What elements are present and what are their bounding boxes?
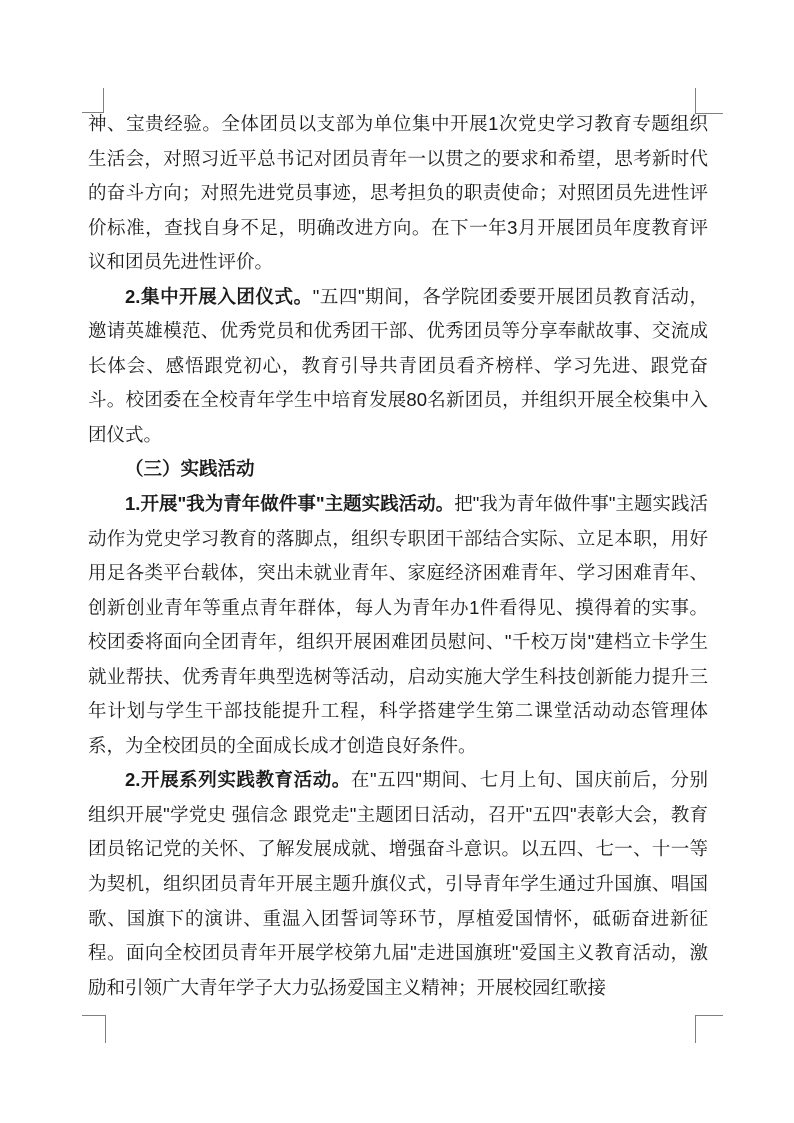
section-heading: （三）实践活动 <box>88 452 708 487</box>
paragraph-lead-text: 2.开展系列实践教育活动。 <box>125 769 351 790</box>
paragraph-text: 神、宝贵经验。全体团员以支部为单位集中开展1次党史学习教育专题组织生活会，对照习… <box>88 113 708 272</box>
paragraph: 神、宝贵经验。全体团员以支部为单位集中开展1次党史学习教育专题组织生活会，对照习… <box>88 107 708 280</box>
paragraph: 1.开展"我为青年做件事"主题实践活动。把"我为青年做件事"主题实践活动作为党史… <box>88 487 708 763</box>
paragraph-text: 把"我为青年做件事"主题实践活动作为党史学习教育的落脚点，组织专职团干部结合实际… <box>88 493 708 756</box>
paragraph-lead-text: （三）实践活动 <box>125 458 255 479</box>
paragraph-lead-text: 2.集中开展入团仪式。 <box>125 286 313 307</box>
paragraph-lead-text: 1.开展"我为青年做件事"主题实践活动。 <box>125 493 454 514</box>
document-page: 神、宝贵经验。全体团员以支部为单位集中开展1次党史学习教育专题组织生活会，对照习… <box>0 0 794 1123</box>
paragraph: 2.集中开展入团仪式。"五四"期间，各学院团委要开展团员教育活动，邀请英雄模范、… <box>88 280 708 453</box>
paragraph-text: "五四"期间，各学院团委要开展团员教育活动，邀请英雄模范、优秀党员和优秀团干部、… <box>88 286 708 445</box>
paragraph: 2.开展系列实践教育活动。在"五四"期间、七月上旬、国庆前后，分别组织开展"学党… <box>88 763 708 1005</box>
crop-mark-bottom-right <box>695 1015 723 1043</box>
crop-mark-bottom-left <box>82 1015 106 1043</box>
paragraph-text: 在"五四"期间、七月上旬、国庆前后，分别组织开展"学党史 强信念 跟党走"主题团… <box>88 769 708 997</box>
document-body: 神、宝贵经验。全体团员以支部为单位集中开展1次党史学习教育专题组织生活会，对照习… <box>88 107 708 1005</box>
